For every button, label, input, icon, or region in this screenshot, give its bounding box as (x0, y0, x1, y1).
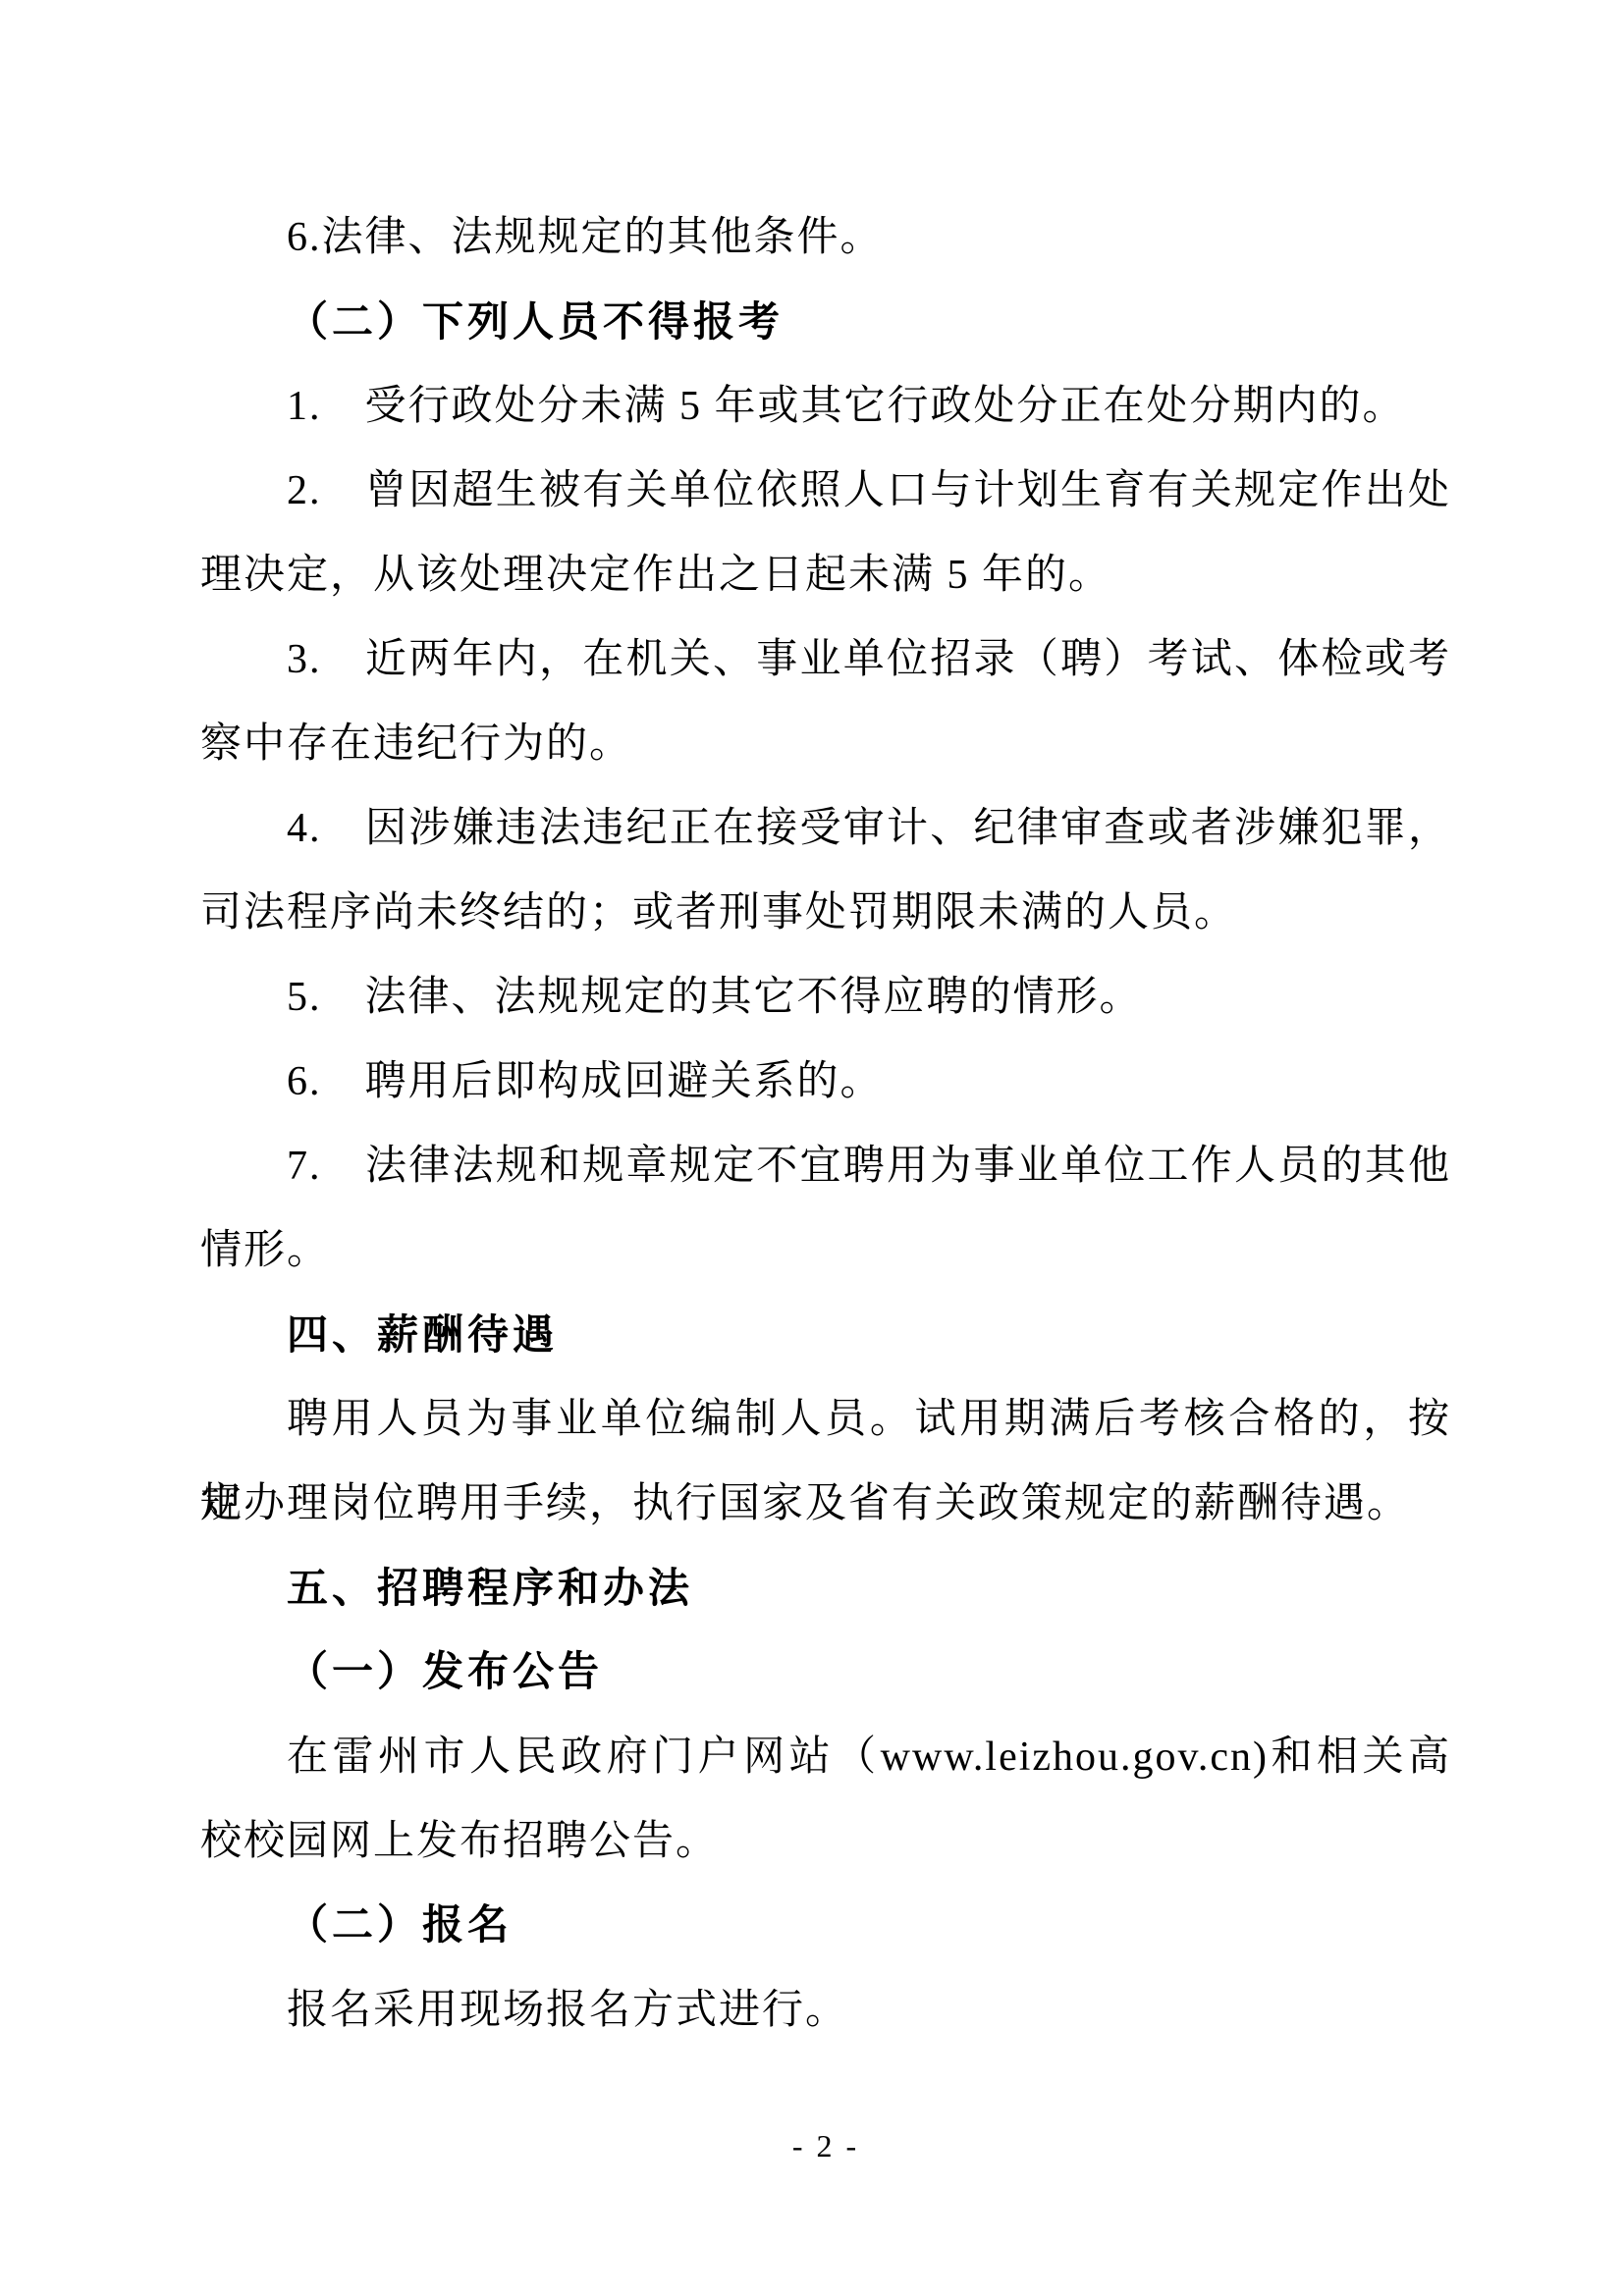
sub-heading: （二）报名 (200, 1884, 1451, 1968)
text-line: 5. 法律、法规规定的其它不得应聘的情形。 (200, 955, 1451, 1040)
text-line: 聘用人员为事业单位编制人员。试用期满后考核合格的，按规 (200, 1377, 1451, 1462)
text-line: 1. 受行政处分未满 5 年或其它行政处分正在处分期内的。 (200, 364, 1451, 449)
text-line: 校校园网上发布招聘公告。 (200, 1799, 1451, 1884)
text-line: 报名采用现场报名方式进行。 (200, 1968, 1451, 2053)
text-line: 4. 因涉嫌违法违纪正在接受审计、纪律审查或者涉嫌犯罪， (200, 786, 1451, 871)
text-line: 7. 法律法规和规章规定不宜聘用为事业单位工作人员的其他 (200, 1124, 1451, 1208)
text-line: 情形。 (200, 1208, 1451, 1293)
text-line: 定办理岗位聘用手续，执行国家及省有关政策规定的薪酬待遇。 (200, 1462, 1451, 1546)
section-heading: （二）下列人员不得报考 (200, 280, 1451, 364)
document-page: 6.法律、法规规定的其他条件。（二）下列人员不得报考1. 受行政处分未满 5 年… (0, 0, 1624, 2296)
text-line: 在雷州市人民政府门户网站（www.leizhou.gov.cn)和相关高 (200, 1715, 1451, 1799)
text-line: 6. 聘用后即构成回避关系的。 (200, 1040, 1451, 1124)
text-line: 2. 曾因超生被有关单位依照人口与计划生育有关规定作出处 (200, 449, 1451, 533)
text-line: 司法程序尚未终结的；或者刑事处罚期限未满的人员。 (200, 871, 1451, 955)
text-line: 理决定，从该处理决定作出之日起未满 5 年的。 (200, 533, 1451, 617)
section-heading: 四、薪酬待遇 (200, 1293, 1451, 1377)
section-heading: 五、招聘程序和办法 (200, 1546, 1451, 1630)
text-line: 6.法律、法规规定的其他条件。 (200, 195, 1451, 280)
text-line: 察中存在违纪行为的。 (200, 702, 1451, 786)
document-body: 6.法律、法规规定的其他条件。（二）下列人员不得报考1. 受行政处分未满 5 年… (200, 195, 1451, 2053)
sub-heading: （一）发布公告 (200, 1630, 1451, 1715)
text-line: 3. 近两年内，在机关、事业单位招录（聘）考试、体检或考 (200, 617, 1451, 702)
page-number: - 2 - (200, 2122, 1451, 2169)
